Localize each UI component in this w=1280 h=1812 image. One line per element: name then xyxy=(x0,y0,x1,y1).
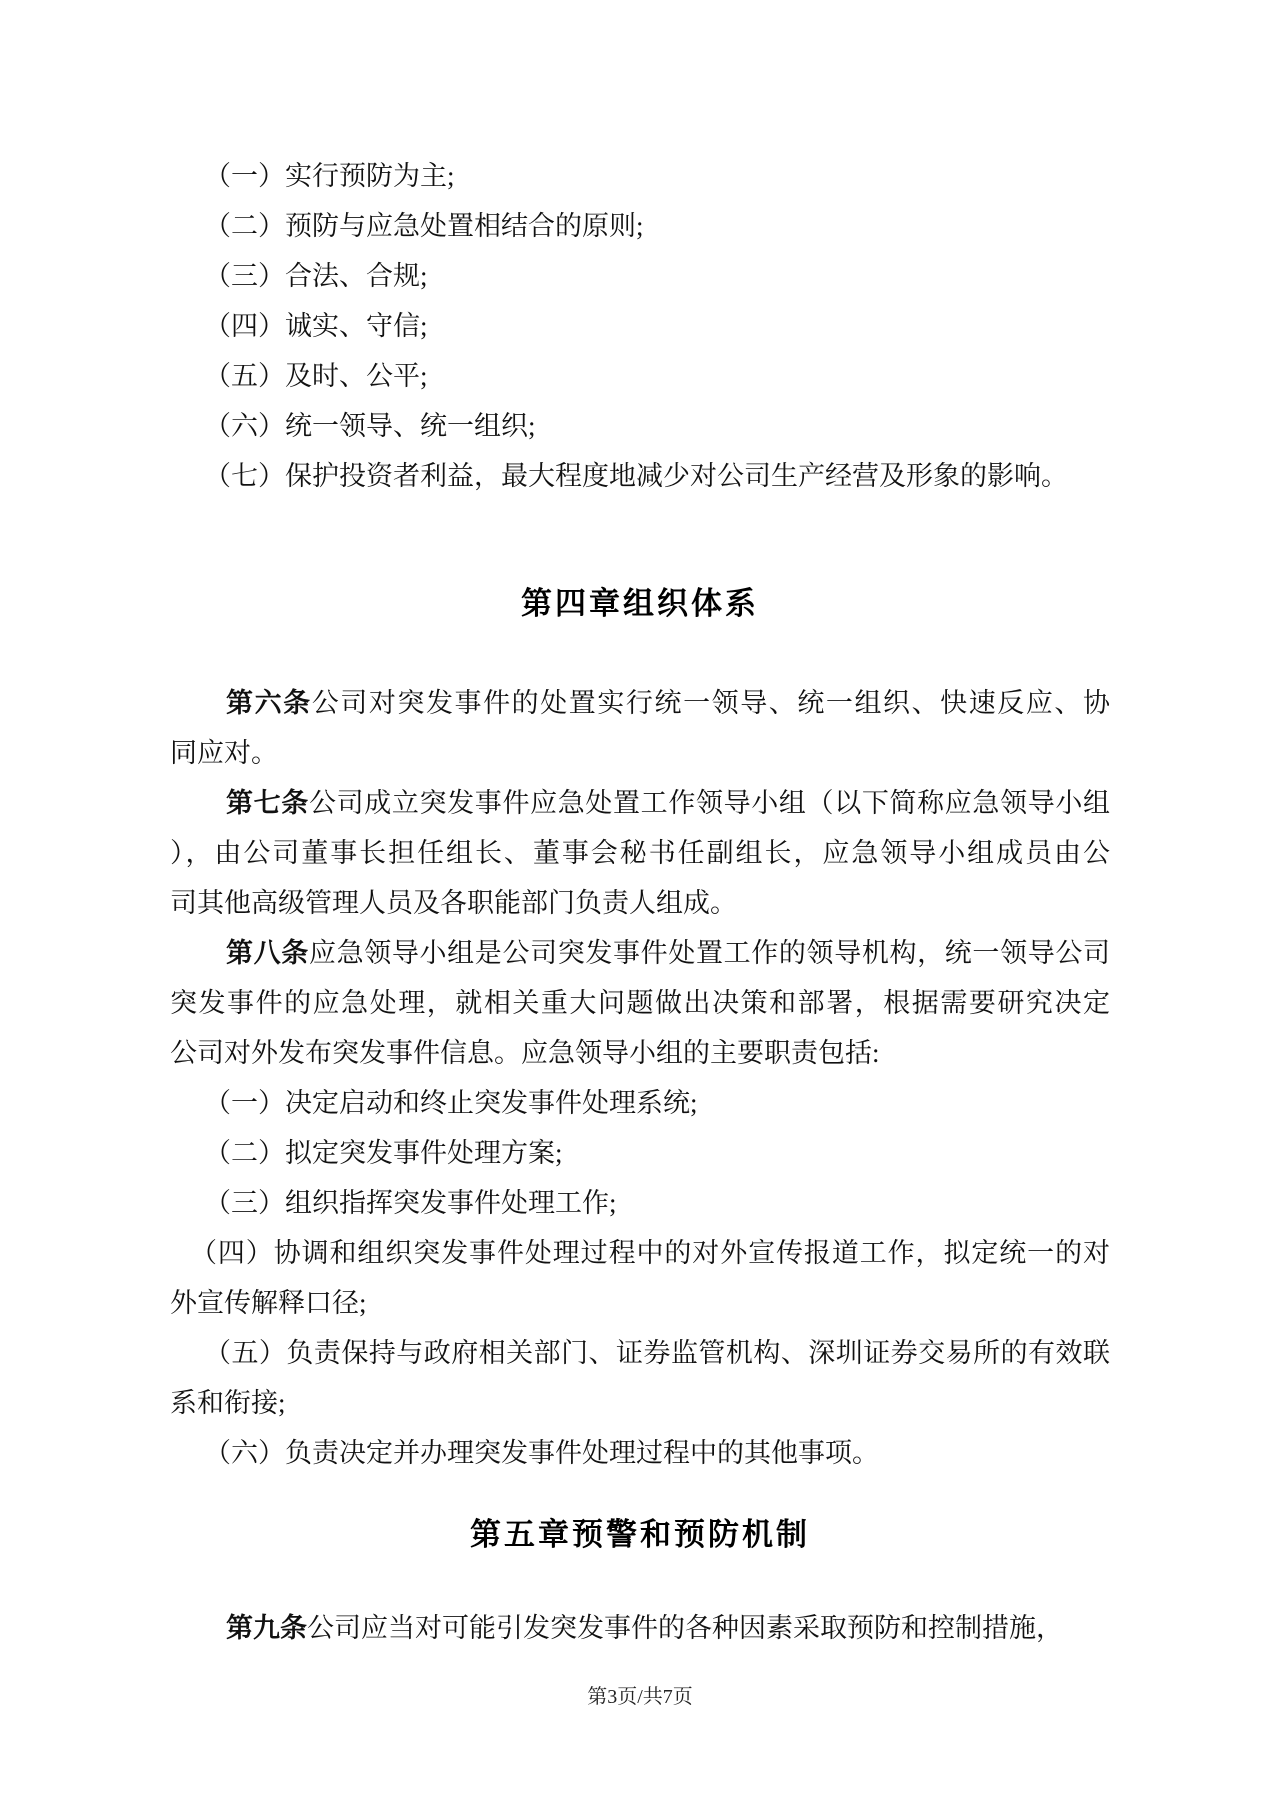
article-8-line-2: 突发事件的应急处理，就相关重大问题做出决策和部署，根据需要研究决定 xyxy=(170,978,1110,1028)
article-7-line-2: ），由公司董事长担任组长、董事会秘书任副组长，应急领导小组成员由公 xyxy=(170,828,1110,878)
duty-item-2: （二）拟定突发事件处理方案; xyxy=(170,1128,1110,1178)
article-6-number: 第六条 xyxy=(226,688,312,718)
article-6-line-1: 第六条公司对突发事件的处置实行统一领导、统一组织、快速反应、协 xyxy=(170,678,1110,728)
article-9: 第九条公司应当对可能引发突发事件的各种因素采取预防和控制措施， xyxy=(170,1603,1110,1653)
article-7-text-1: 公司成立突发事件应急处置工作领导小组（以下简称应急领导小组 xyxy=(309,788,1110,818)
document-body: （一）实行预防为主; （二）预防与应急处置相结合的原则; （三）合法、合规; （… xyxy=(0,0,1280,1722)
article-8: 第八条应急领导小组是公司突发事件处置工作的领导机构，统一领导公司 突发事件的应急… xyxy=(170,928,1110,1078)
article-7-line-1: 第七条公司成立突发事件应急处置工作领导小组（以下简称应急领导小组 xyxy=(170,778,1110,828)
duty-item-4-line-1: （四）协调和组织突发事件处理过程中的对外宣传报道工作，拟定统一的对 xyxy=(170,1228,1110,1278)
article-7-number: 第七条 xyxy=(226,788,309,818)
principle-item-2: （二）预防与应急处置相结合的原则; xyxy=(170,201,1110,251)
article-9-line-1: 第九条公司应当对可能引发突发事件的各种因素采取预防和控制措施， xyxy=(170,1603,1110,1653)
duty-item-3: （三）组织指挥突发事件处理工作; xyxy=(170,1178,1110,1228)
principle-item-4: （四）诚实、守信; xyxy=(170,301,1110,351)
article-6-text-1: 公司对突发事件的处置实行统一领导、统一组织、快速反应、协 xyxy=(312,688,1110,718)
duty-item-6: （六）负责决定并办理突发事件处理过程中的其他事项。 xyxy=(170,1428,1110,1478)
principle-item-5: （五）及时、公平; xyxy=(170,351,1110,401)
duty-item-4-line-2: 外宣传解释口径; xyxy=(170,1278,1110,1328)
chapter-4-heading: 第四章组织体系 xyxy=(170,579,1110,629)
article-7-line-3: 司其他高级管理人员及各职能部门负责人组成。 xyxy=(170,878,1110,928)
article-8-line-1: 第八条应急领导小组是公司突发事件处置工作的领导机构，统一领导公司 xyxy=(170,928,1110,978)
article-8-number: 第八条 xyxy=(226,938,309,968)
article-9-number: 第九条 xyxy=(226,1613,307,1643)
duty-item-5-line-1: （五）负责保持与政府相关部门、证券监管机构、深圳证券交易所的有效联 xyxy=(170,1328,1110,1378)
chapter-5-heading: 第五章预警和预防机制 xyxy=(170,1510,1110,1560)
article-8-line-3: 公司对外发布突发事件信息。应急领导小组的主要职责包括: xyxy=(170,1028,1110,1078)
document-page: （一）实行预防为主; （二）预防与应急处置相结合的原则; （三）合法、合规; （… xyxy=(0,0,1280,1812)
duty-item-1: （一）决定启动和终止突发事件处理系统; xyxy=(170,1078,1110,1128)
principle-item-3: （三）合法、合规; xyxy=(170,251,1110,301)
article-6-line-2: 同应对。 xyxy=(170,728,1110,778)
article-6: 第六条公司对突发事件的处置实行统一领导、统一组织、快速反应、协 同应对。 xyxy=(170,678,1110,778)
article-7: 第七条公司成立突发事件应急处置工作领导小组（以下简称应急领导小组 ），由公司董事… xyxy=(170,778,1110,928)
duty-item-5-line-2: 系和衔接; xyxy=(170,1378,1110,1428)
principle-item-1: （一）实行预防为主; xyxy=(170,151,1110,201)
article-8-text-1: 应急领导小组是公司突发事件处置工作的领导机构，统一领导公司 xyxy=(309,938,1110,968)
page-number: 第3页/共7页 xyxy=(170,1672,1110,1722)
principle-item-6: （六）统一领导、统一组织; xyxy=(170,401,1110,451)
principle-item-7: （七）保护投资者利益，最大程度地减少对公司生产经营及形象的影响。 xyxy=(170,451,1110,501)
article-9-text-1: 公司应当对可能引发突发事件的各种因素采取预防和控制措施， xyxy=(307,1613,1063,1643)
